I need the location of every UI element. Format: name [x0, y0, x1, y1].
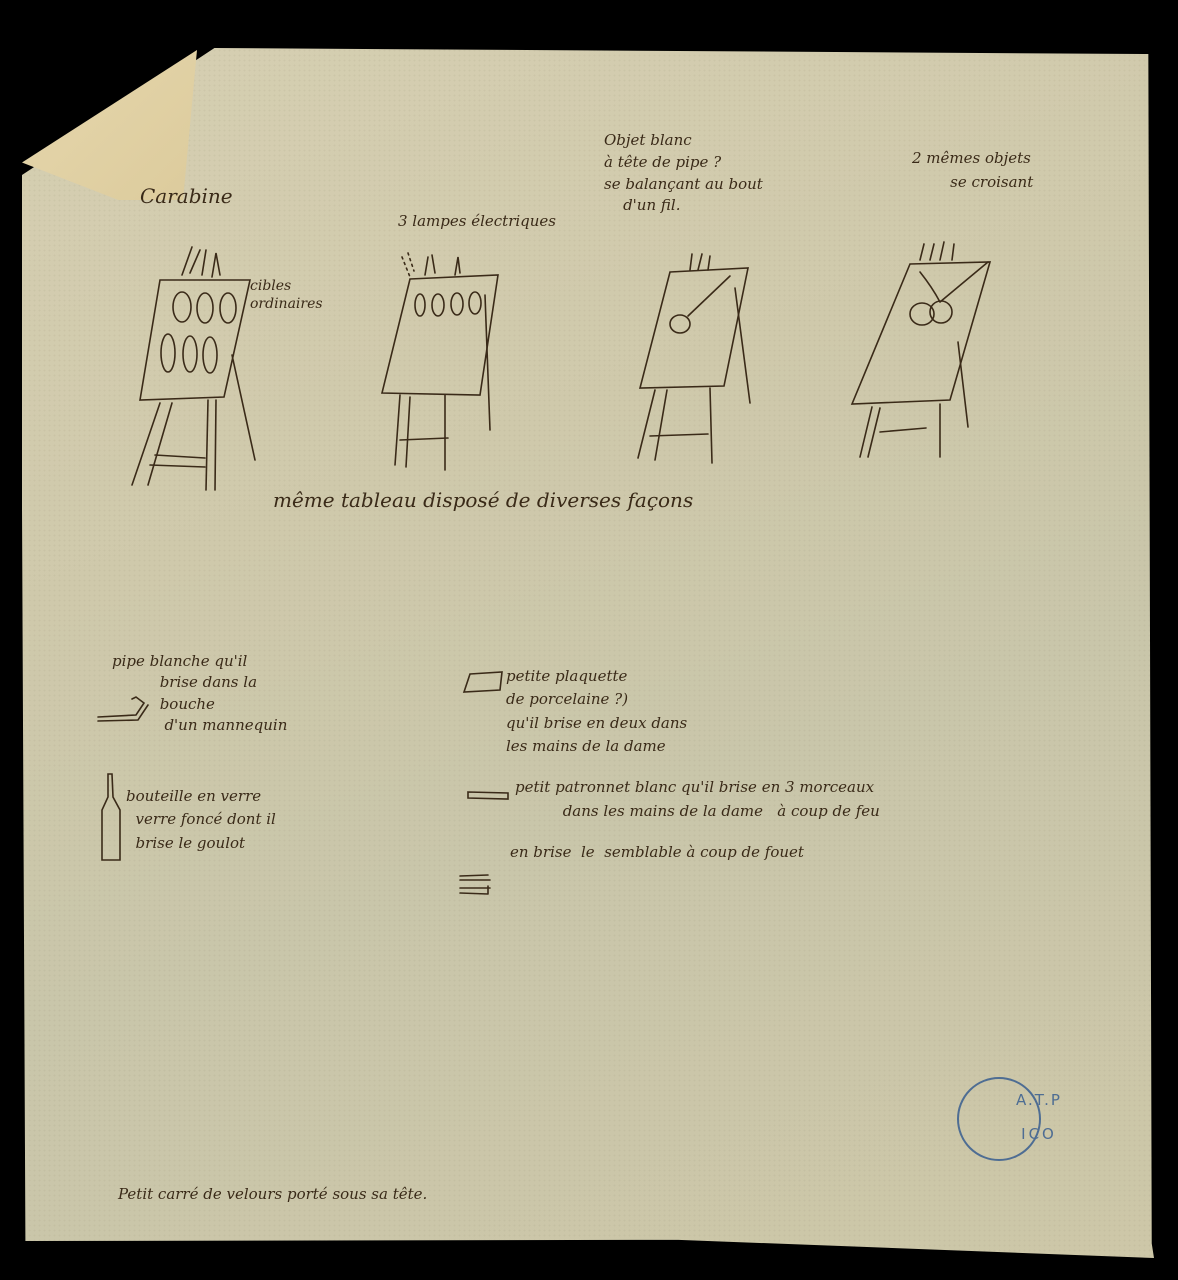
easel-sketch-hanging-object: [620, 248, 770, 468]
heading-lampes: 3 lampes électriques: [398, 212, 556, 231]
plaquette-sketch-icon: [462, 668, 507, 698]
bottle-sketch-icon: [98, 772, 128, 867]
stamp-line-1: A.T.P: [999, 1091, 1079, 1109]
footer-note: Petit carré de velours porté sous sa têt…: [118, 1185, 427, 1204]
heading-carabine: Carabine: [140, 184, 233, 209]
easel-sketch-lamps: [370, 245, 510, 475]
heading-memes-objets: 2 mêmes objets se croisant: [912, 146, 1033, 194]
archive-stamp: A.T.P ICO: [957, 1077, 1041, 1161]
heading-objet-blanc: Objet blancà tête de pipe ?se balançant …: [604, 130, 763, 217]
note-whip: en brise le semblable à coup de fouet: [510, 843, 804, 862]
easel-sketch-crossing-objects: [840, 232, 1010, 462]
note-pipe: pipe blanche qu'il brise dans la bouche …: [112, 651, 287, 736]
easel-sketch-targets: [120, 245, 360, 495]
stamp-line-2: ICO: [999, 1125, 1079, 1143]
note-bottle: bouteille en verre verre foncé dont il b…: [126, 785, 276, 855]
patronnet-sketch-icon: [466, 788, 516, 803]
note-plaquette: petite plaquettede porcelaine ?)qu'il br…: [506, 665, 687, 758]
bar-sketch-icon: [458, 872, 498, 897]
caption-meme-tableau: même tableau disposé de diverses façons: [273, 488, 693, 513]
note-patronnet: petit patronnet blanc qu'il brise en 3 m…: [515, 775, 880, 823]
